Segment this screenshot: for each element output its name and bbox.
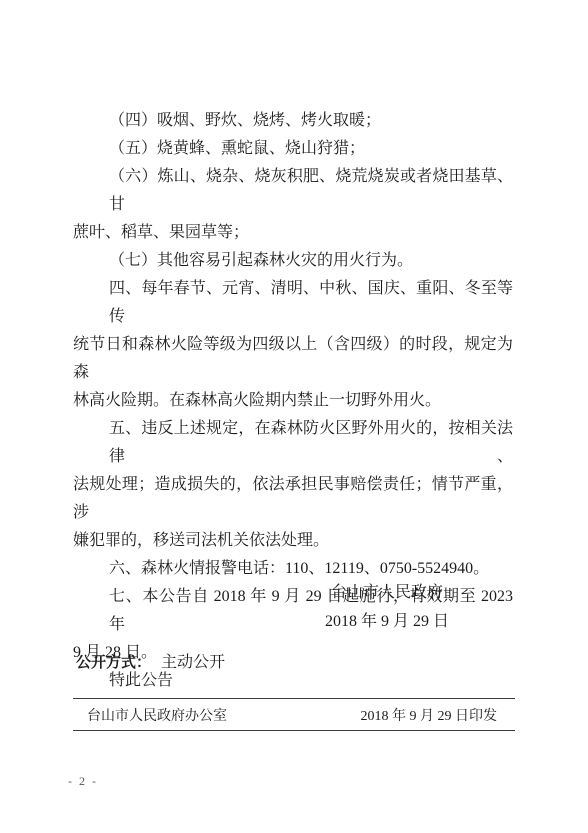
body-line: 嫌犯罪的，移送司法机关依法处理。	[73, 527, 513, 555]
body-line: 法规处理；造成损失的，依法承担民事赔偿责任；情节严重，涉	[73, 471, 513, 527]
body-line: 五、违反上述规定，在森林防火区野外用火的，按相关法律、	[73, 415, 513, 471]
body-line: （四）吸烟、野炊、烧烤、烤火取暖；	[73, 107, 513, 135]
signature-block: 台山市人民政府 2018 年 9 月 29 日	[253, 578, 521, 636]
body-line: （七）其他容易引起森林火灾的用火行为。	[73, 247, 513, 275]
document-page: （四）吸烟、野炊、烧烤、烤火取暖；（五）烧黄蜂、熏蛇鼠、烧山狩猎；（六）炼山、烧…	[0, 0, 588, 833]
signature-org: 台山市人民政府	[253, 578, 521, 607]
disclosure-line: 公开方式：主动公开	[76, 651, 225, 675]
issuing-footer: 台山市人民政府办公室 2018 年 9 月 29 日印发	[73, 698, 515, 731]
page-number: - 2 -	[68, 773, 98, 789]
issuing-office: 台山市人民政府办公室	[87, 705, 227, 725]
disclosure-label: 公开方式：	[76, 654, 151, 671]
signature-date: 2018 年 9 月 29 日	[253, 607, 521, 636]
body-line: 蔗叶、稻草、果园草等；	[73, 219, 513, 247]
body-line: 四、每年春节、元宵、清明、中秋、国庆、重阳、冬至等传	[73, 275, 513, 331]
body-line: 林高火险期。在森林高火险期内禁止一切野外用火。	[73, 387, 513, 415]
disclosure-value: 主动公开	[161, 654, 225, 671]
body-line: （五）烧黄蜂、熏蛇鼠、烧山狩猎；	[73, 135, 513, 163]
body-line: 统节日和森林火险等级为四级以上（含四级）的时段，规定为森	[73, 331, 513, 387]
body-line: （六）炼山、烧杂、烧灰积肥、烧荒烧炭或者烧田基草、甘	[73, 163, 513, 219]
print-date: 2018 年 9 月 29 日印发	[361, 705, 498, 725]
